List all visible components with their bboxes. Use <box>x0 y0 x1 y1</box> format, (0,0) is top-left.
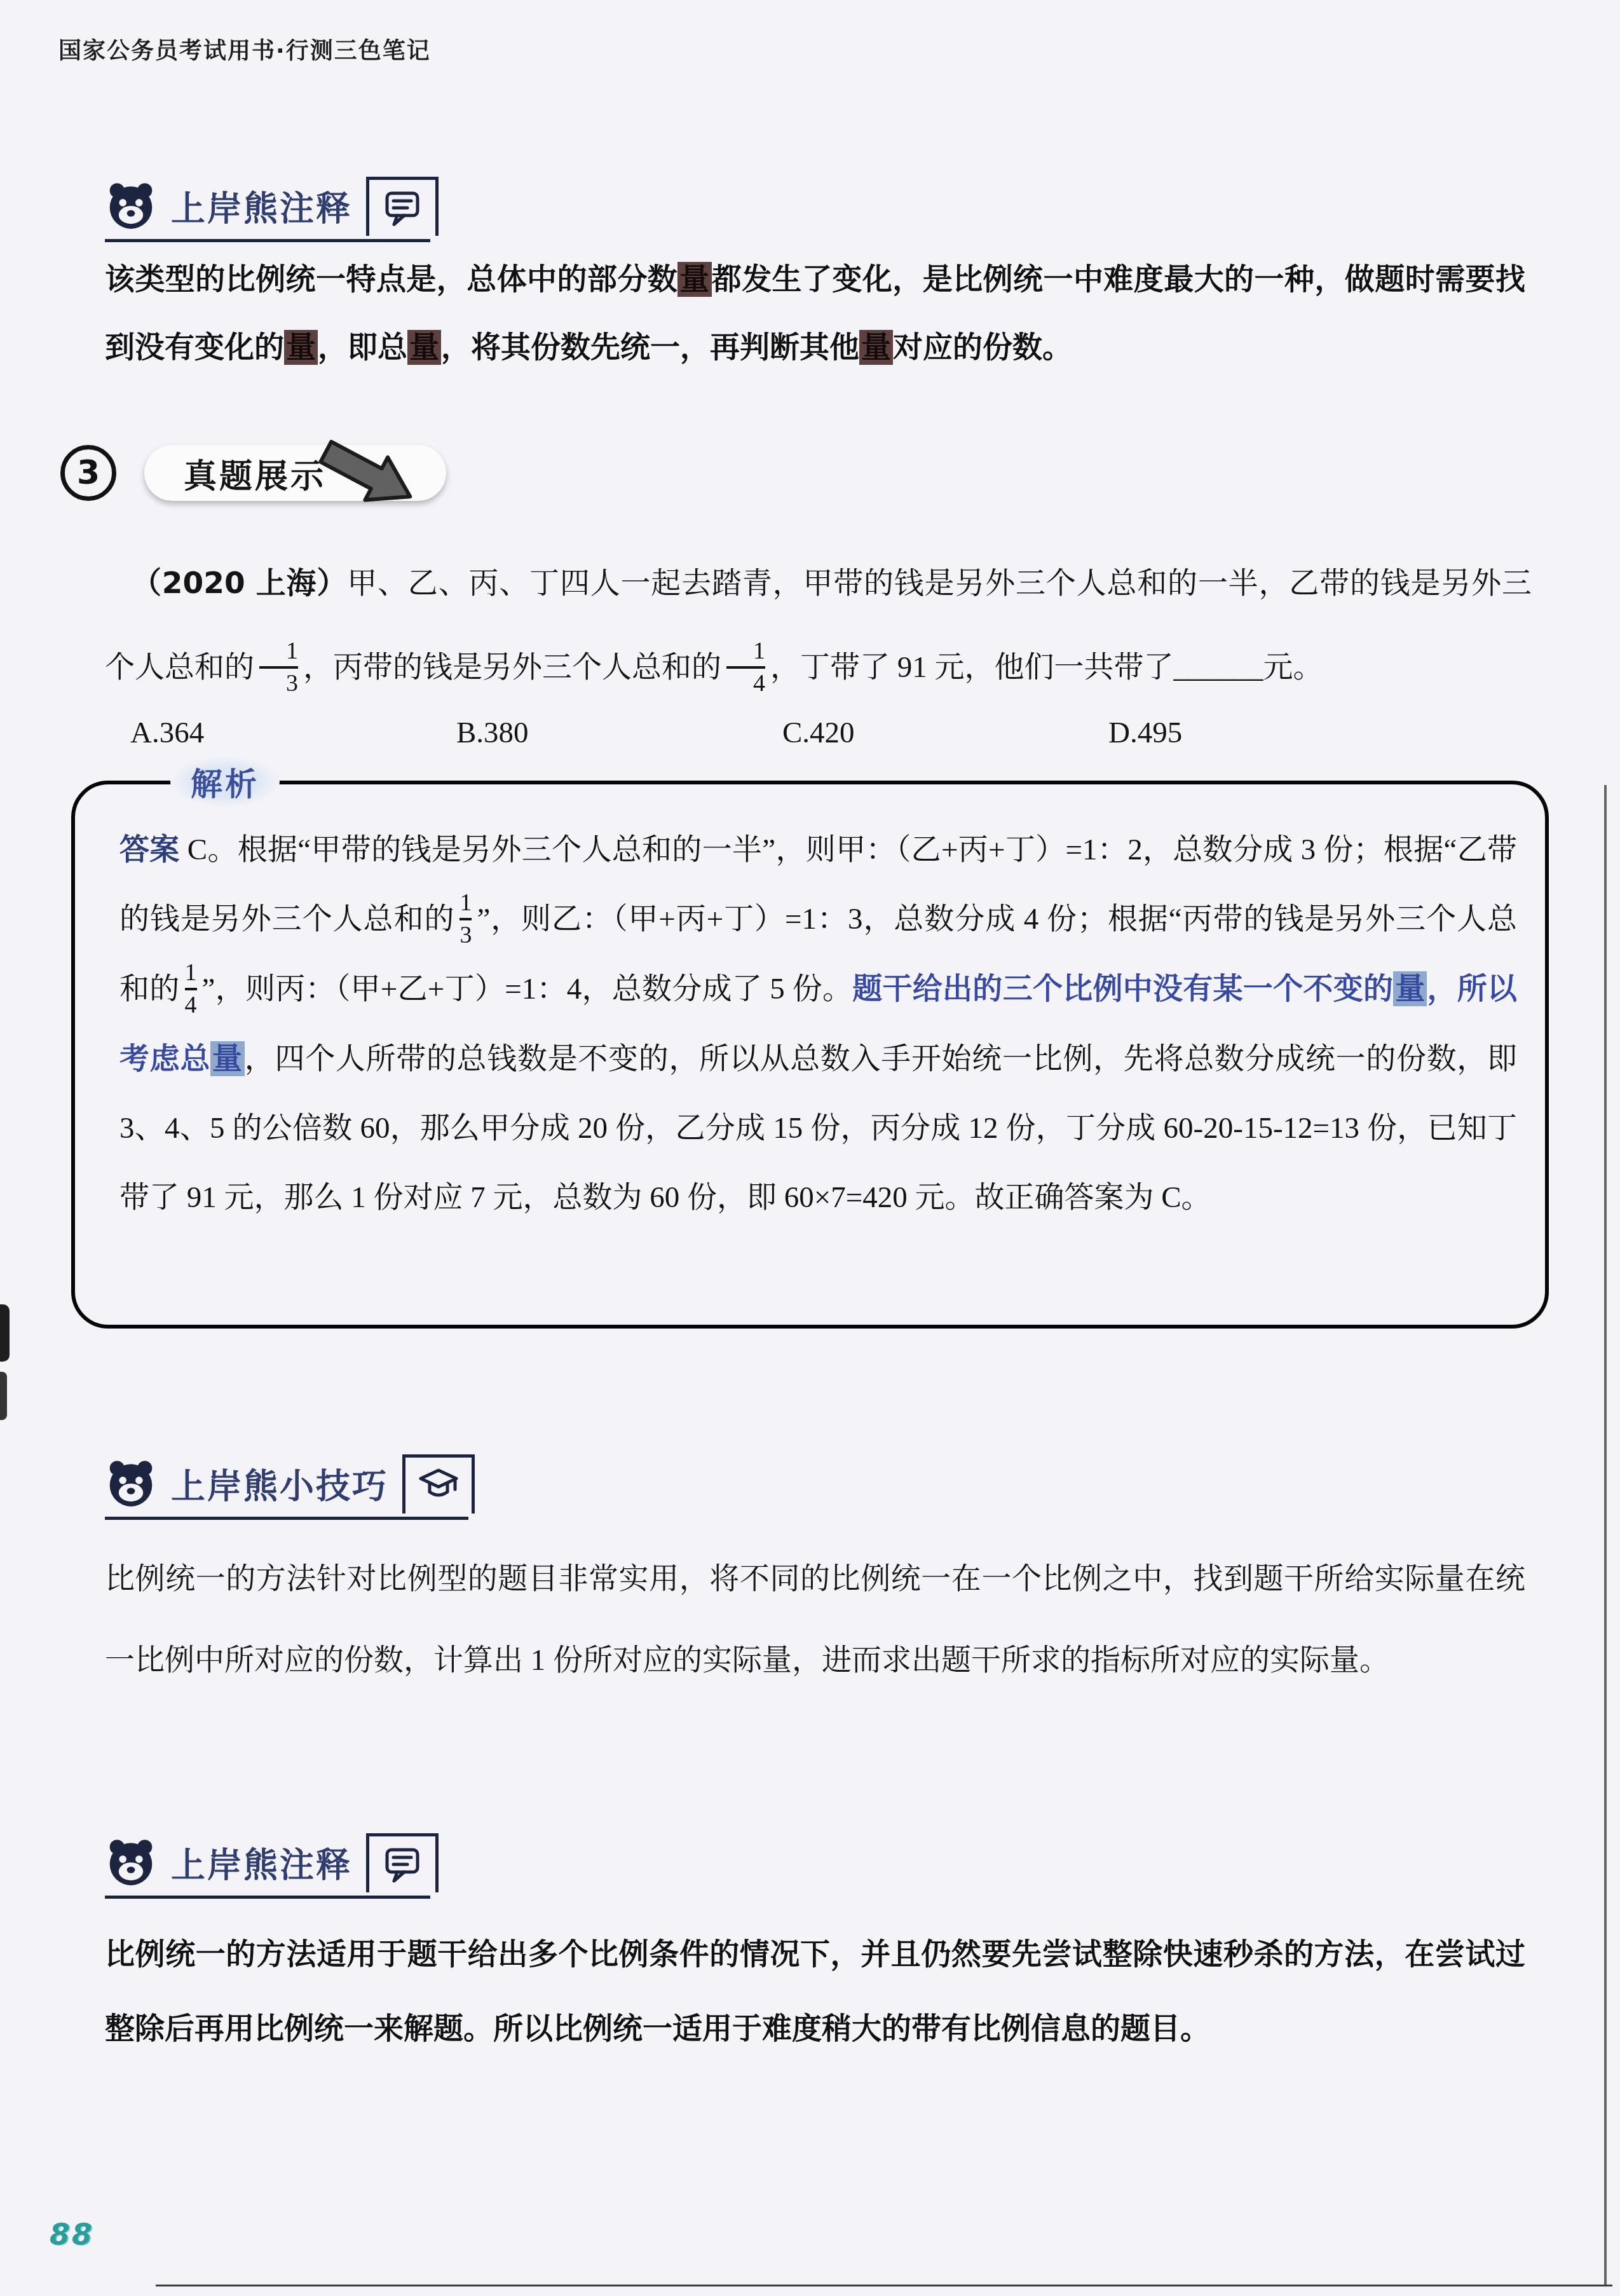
option-d: D.495 <box>1108 716 1434 750</box>
analysis-box: 解析 答案 C。根据“甲带的钱是另外三个人总和的一半”，则甲：（乙+丙+丁）=1… <box>71 781 1549 1329</box>
question-text: （2020 上海）甲、乙、丙、丁四人一起去踏青，甲带的钱是另外三个人总和的一半，… <box>105 542 1532 709</box>
question-seg: ，丁带了 91 元，他们一共带了______元。 <box>770 651 1323 684</box>
answer-label: 答案 <box>119 832 180 867</box>
bear-icon <box>105 1836 157 1889</box>
note1-seg: 该类型的比例统一特点是，总体中的部分数 <box>105 262 677 297</box>
binding-mark <box>0 1372 7 1420</box>
note1-seg: ，即总 <box>318 330 407 365</box>
graduation-cap-icon <box>402 1454 475 1514</box>
note1-highlight: 量 <box>859 330 893 365</box>
comment-icon <box>366 1833 439 1892</box>
answer-options: A.364 B.380 C.420 D.495 <box>105 716 1532 750</box>
note2-paragraph: 比例统一的方法适用于题干给出多个比例条件的情况下，并且仍然要先尝试整除快速秒杀的… <box>105 1917 1525 2066</box>
note2-title: 上岸熊注释 <box>171 1838 352 1887</box>
note1-seg: ，将其份数先统一，再判断其他 <box>441 330 859 365</box>
section3-badge-label: 真题展示 <box>184 449 326 497</box>
tips-paragraph: 比例统一的方法针对比例型的题目非常实用，将不同的比例统一在一个比例之中，找到题干… <box>105 1538 1525 1701</box>
question-source-tag: （2020 上海） <box>132 566 347 601</box>
fraction-one-fourth: 14 <box>726 638 765 697</box>
fraction-one-third: 13 <box>459 890 472 948</box>
bear-icon <box>105 180 157 232</box>
arrow-icon <box>308 436 428 512</box>
note1-header: 上岸熊注释 <box>105 173 430 242</box>
option-a: A.364 <box>130 716 456 750</box>
page-header: 国家公务员考试用书·行测三色笔记 <box>58 33 431 65</box>
note1-seg: 对应的份数。 <box>893 330 1072 365</box>
tips-header: 上岸熊小技巧 <box>105 1451 468 1520</box>
analysis-paragraph: 答案 C。根据“甲带的钱是另外三个人总和的一半”，则甲：（乙+丙+丁）=1：2，… <box>119 815 1517 1233</box>
tips-title: 上岸熊小技巧 <box>171 1459 388 1508</box>
question-seg: ，丙带的钱是另外三个人总和的 <box>303 651 721 684</box>
analysis-seg: ，四个人所带的总钱数是不变的，所以从总数入手开始统一比例，先将总数分成统一的份数… <box>119 1042 1517 1214</box>
option-b: B.380 <box>456 716 782 750</box>
note1-title: 上岸熊注释 <box>171 182 352 231</box>
note1-highlight: 量 <box>677 262 711 297</box>
analysis-label: 解析 <box>170 756 280 807</box>
analysis-seg: ”，则丙：（甲+乙+丁）=1：4，总数分成了 5 份。 <box>202 973 853 1006</box>
note2-header: 上岸熊注释 <box>105 1829 430 1899</box>
analysis-emphasis-highlight: 量 <box>210 1041 245 1076</box>
page-edge-line-bottom <box>156 2285 1612 2286</box>
fraction-one-third: 13 <box>259 638 298 697</box>
section3-header: 3 真题展示 <box>60 445 446 501</box>
binding-mark <box>0 1304 10 1362</box>
comment-icon <box>366 177 439 236</box>
fraction-one-fourth: 14 <box>185 960 197 1018</box>
section3-badge: 真题展示 <box>144 445 446 501</box>
note1-paragraph: 该类型的比例统一特点是，总体中的部分数量都发生了变化，是比例统一中难度最大的一种… <box>105 245 1525 381</box>
option-c: C.420 <box>782 716 1108 750</box>
circled-number: 3 <box>60 445 116 501</box>
page-number: 88 <box>50 2217 94 2252</box>
bear-icon <box>105 1458 157 1510</box>
analysis-emphasis: 题干给出的三个比例中没有某一个不变的 <box>852 971 1393 1006</box>
note1-highlight: 量 <box>284 330 318 365</box>
question-block: （2020 上海）甲、乙、丙、丁四人一起去踏青，甲带的钱是另外三个人总和的一半，… <box>105 542 1532 750</box>
note1-highlight: 量 <box>407 330 441 365</box>
analysis-emphasis-highlight: 量 <box>1393 971 1427 1006</box>
page-edge-line-right <box>1604 785 1607 2285</box>
